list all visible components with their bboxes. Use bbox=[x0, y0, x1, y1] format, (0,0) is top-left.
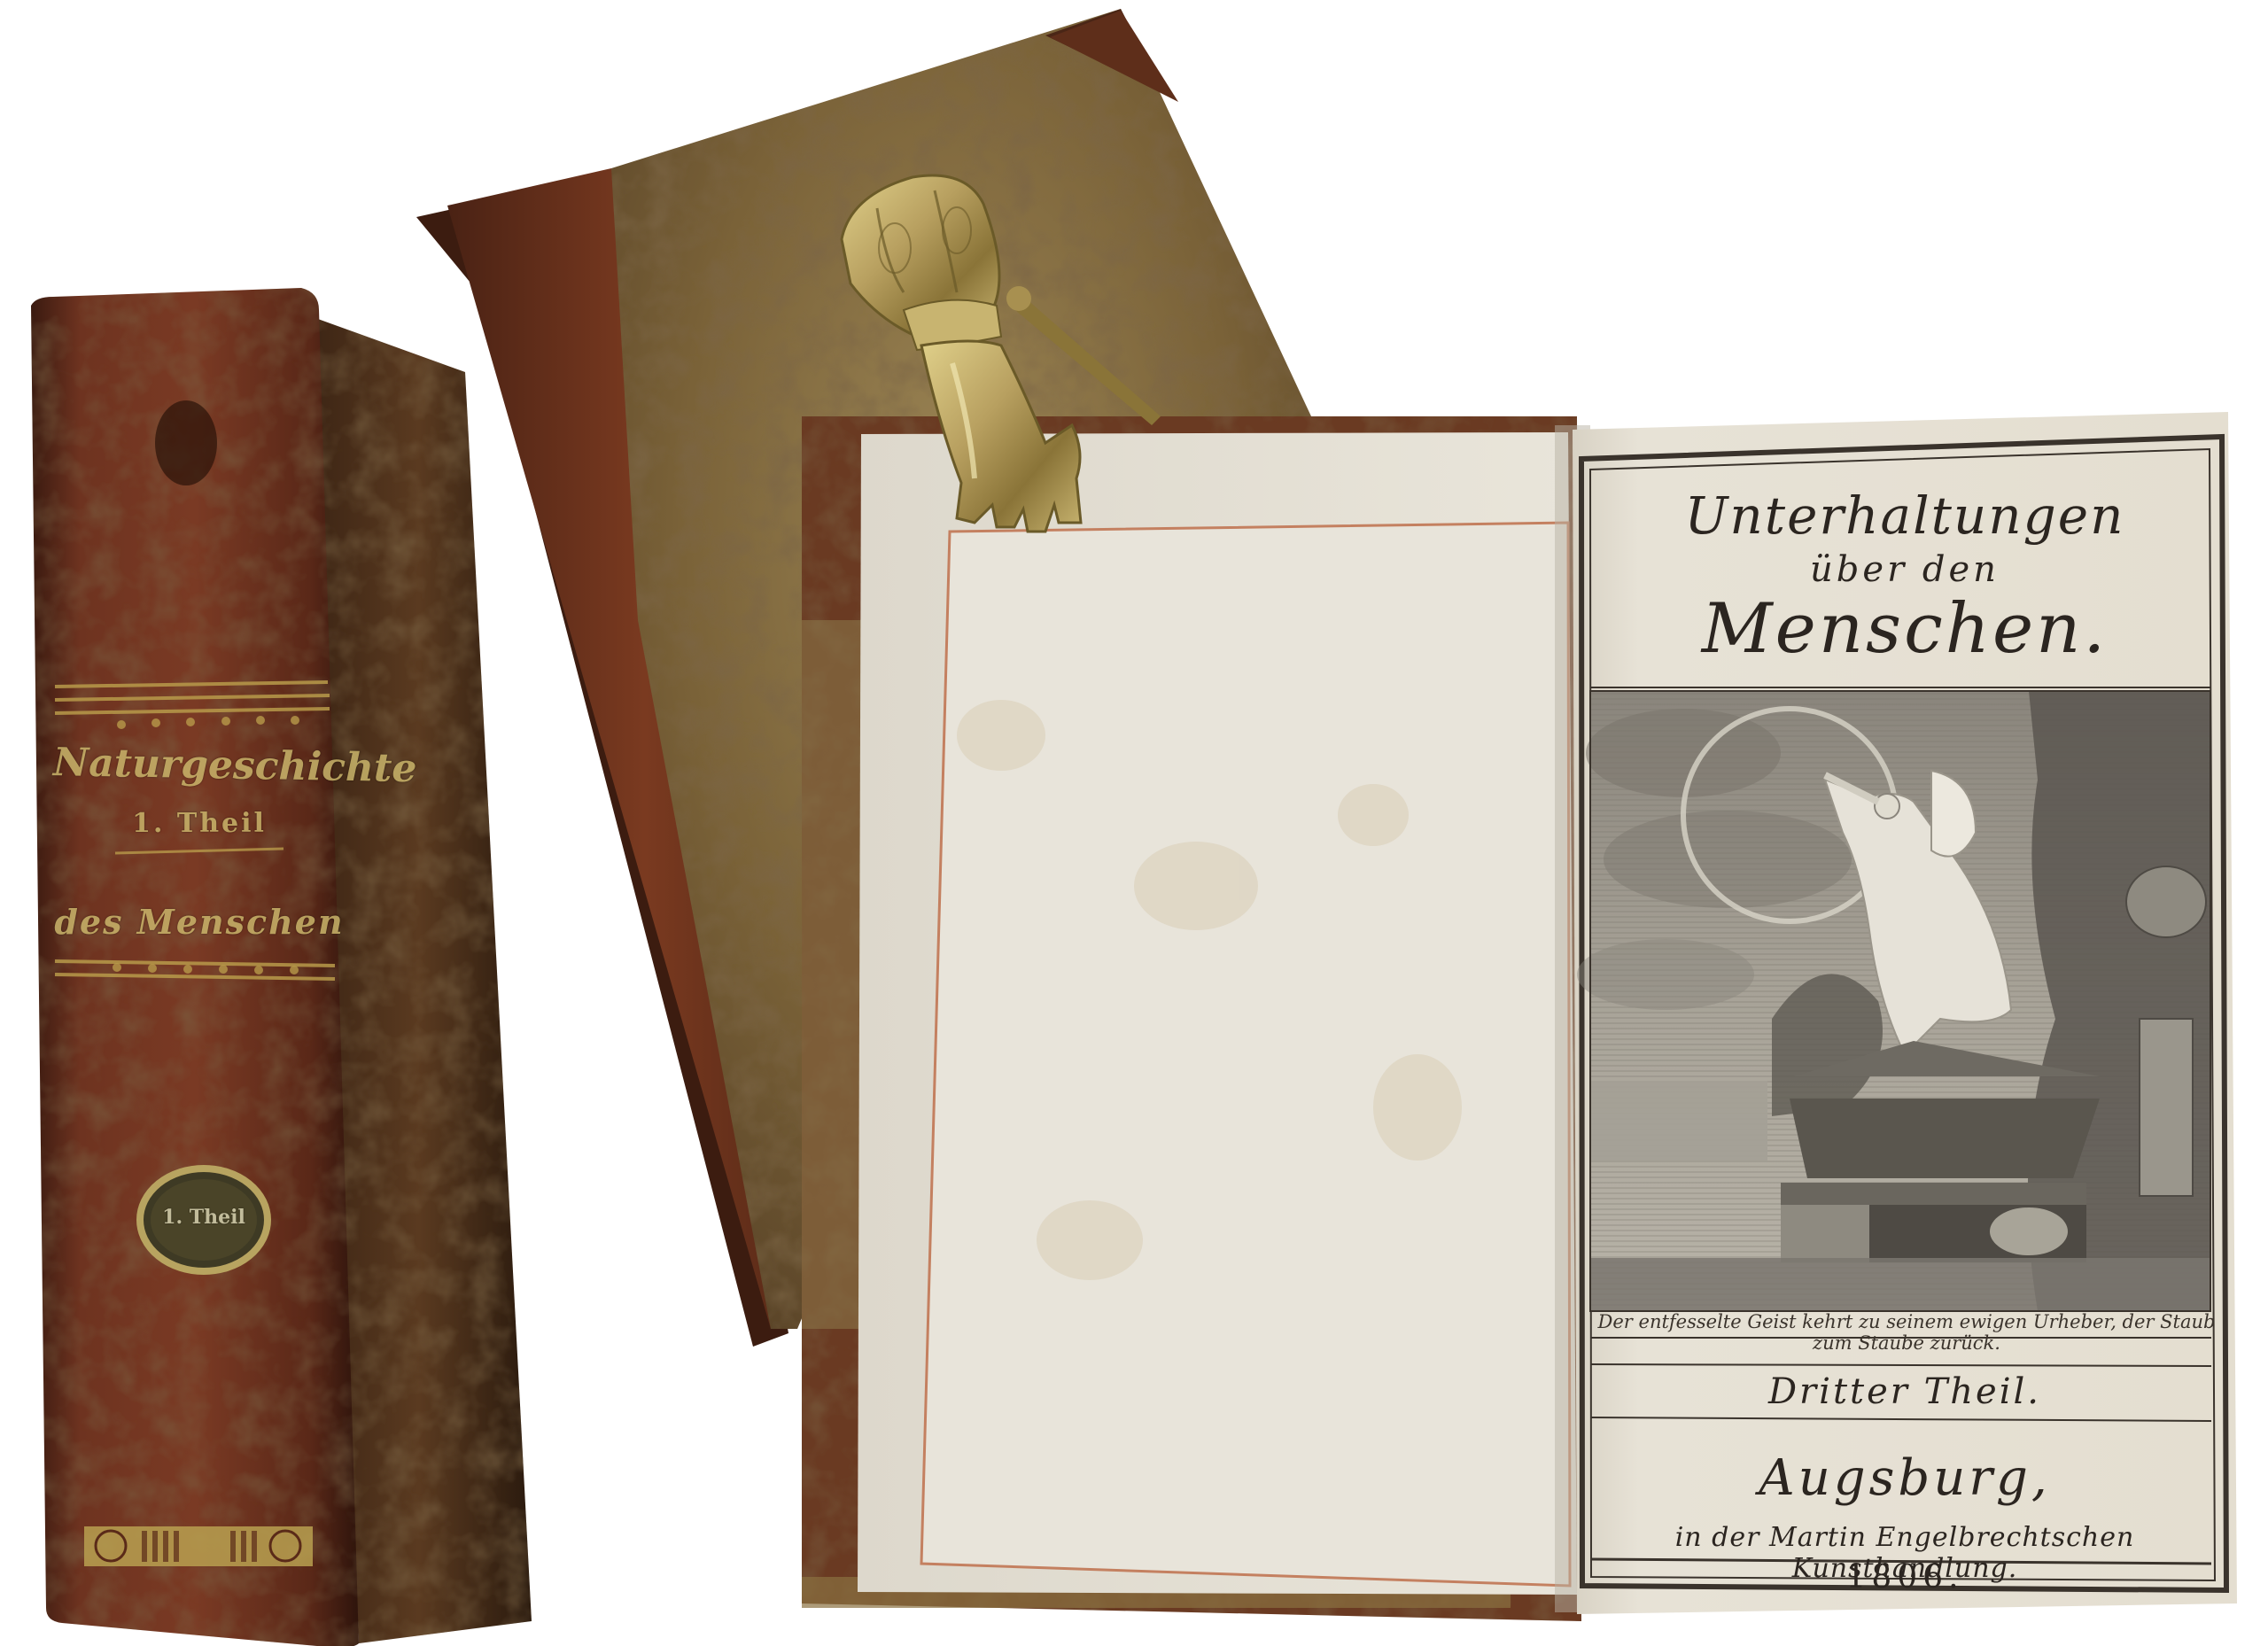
imprint-city: Augsburg, bbox=[1586, 1449, 2224, 1507]
spine-volume: 1. Theil bbox=[53, 808, 346, 839]
spine-title: Naturgeschichte bbox=[53, 740, 346, 790]
title-line-3: Menschen. bbox=[1586, 589, 2224, 669]
spine-subtitle: des Menschen bbox=[53, 902, 346, 942]
title-line-2: über den bbox=[1586, 549, 2224, 590]
photo-scene: Naturgeschichte 1. Theil des Menschen 1.… bbox=[0, 0, 2268, 1646]
part-label: Dritter Theil. bbox=[1586, 1371, 2224, 1412]
title-line-1: Unterhaltungen bbox=[1586, 485, 2224, 546]
spine-book bbox=[31, 288, 532, 1646]
engraving-caption: Der entfesselte Geist kehrt zu seinem ew… bbox=[1579, 1311, 2234, 1354]
volume-medallion-text: 1. Theil bbox=[133, 1206, 275, 1229]
imprint-year: 1806. bbox=[1586, 1559, 2224, 1596]
engraving bbox=[1577, 691, 2210, 1311]
